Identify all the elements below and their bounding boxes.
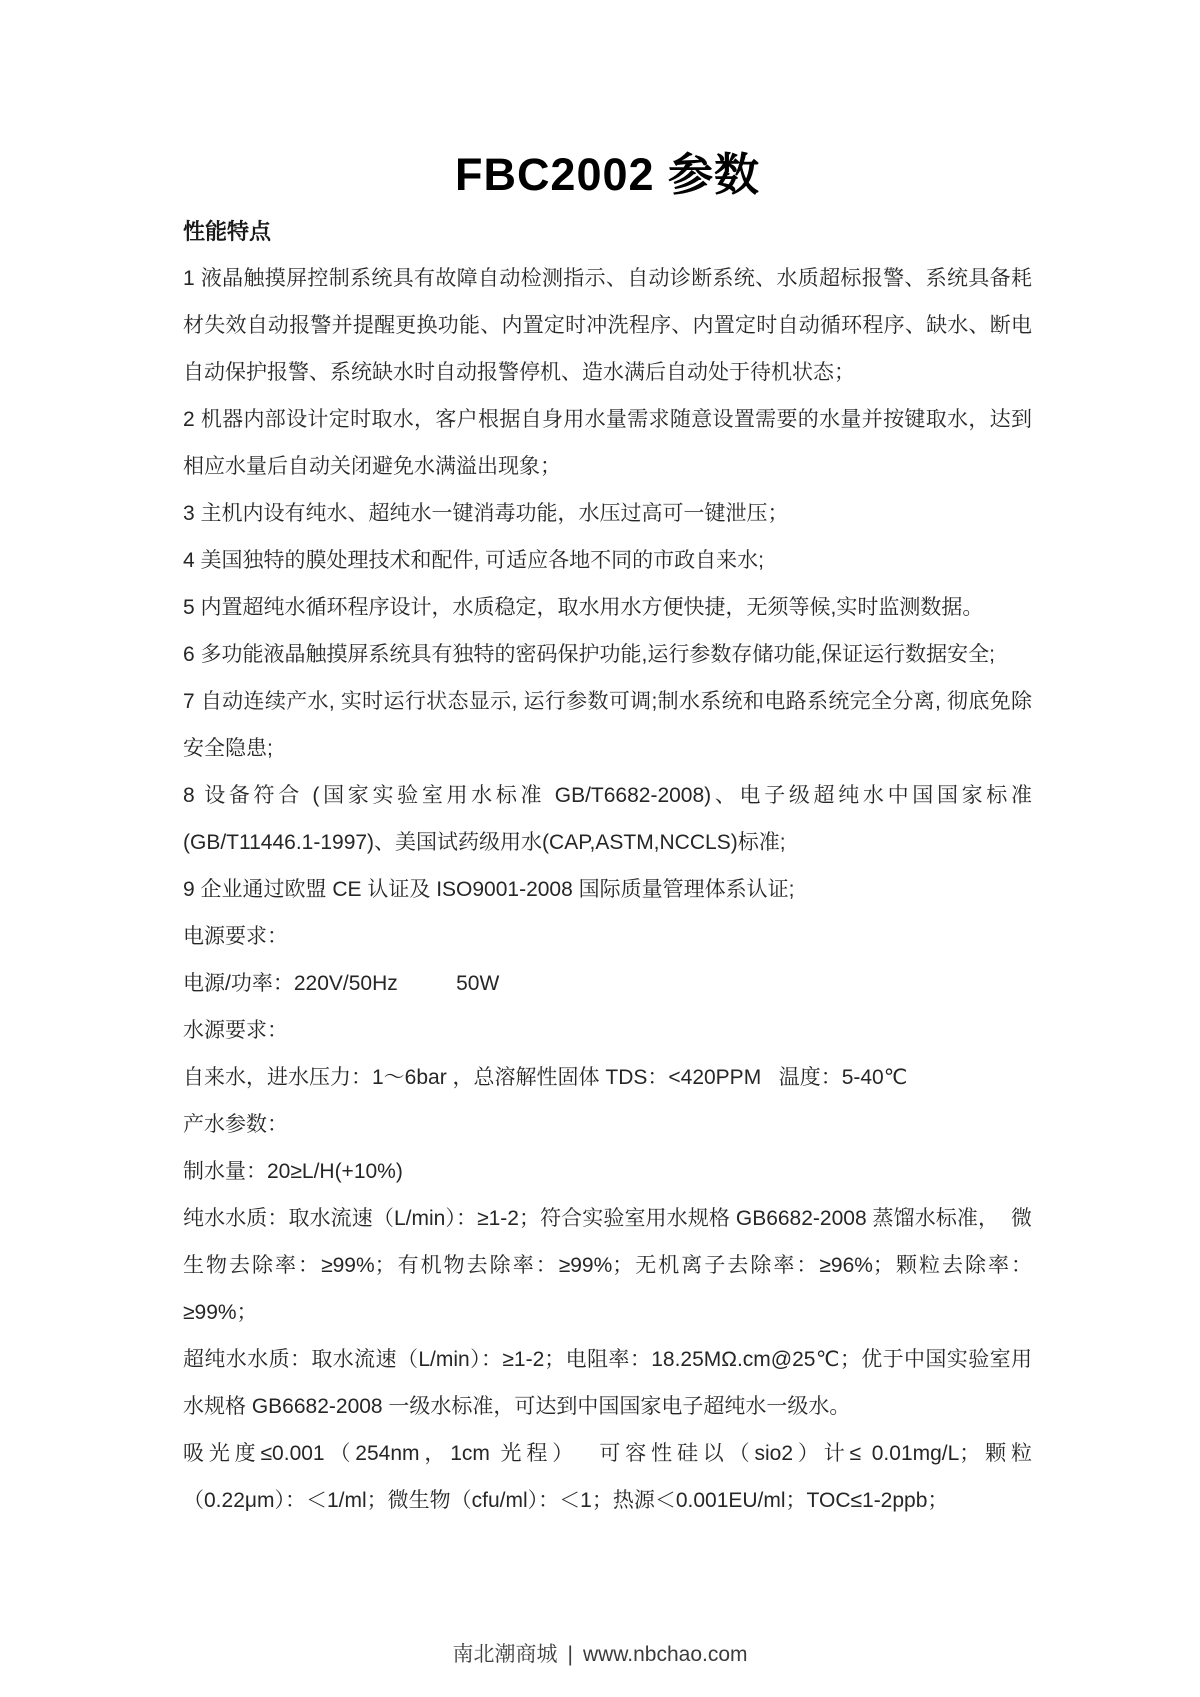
feature-paragraph-5: 5 内置超纯水循环程序设计，水质稳定，取水用水方便快捷，无须等候,实时监测数据。 [183, 584, 1032, 631]
document-body: 性能特点 1 液晶触摸屏控制系统具有故障自动检测指示、自动诊断系统、水质超标报警… [183, 208, 1032, 1524]
spec-line-power-value: 电源/功率：220V/50Hz 50W [183, 960, 1032, 1007]
feature-paragraph-2: 2 机器内部设计定时取水，客户根据自身用水量需求随意设置需要的水量并按键取水，达… [183, 396, 1032, 490]
feature-paragraph-7: 7 自动连续产水, 实时运行状态显示, 运行参数可调;制水系统和电路系统完全分离… [183, 678, 1032, 772]
spec-line-water-source-value: 自来水，进水压力：1～6bar ，总溶解性固体 TDS：<420PPM 温度：5… [183, 1054, 1032, 1101]
spec-line-power-heading: 电源要求： [183, 913, 1032, 960]
spec-line-pure-water-quality: 纯水水质：取水流速（L/min）：≥1-2；符合实验室用水规格 GB6682-2… [183, 1195, 1032, 1336]
spec-line-water-source-heading: 水源要求： [183, 1007, 1032, 1054]
feature-paragraph-6: 6 多功能液晶触摸屏系统具有独特的密码保护功能,运行参数存储功能,保证运行数据安… [183, 631, 1032, 678]
spec-line-absorbance: 吸光度≤0.001（254nm，1cm 光程） 可容性硅以（sio2）计≤ 0.… [183, 1430, 1032, 1524]
spec-line-output-heading: 产水参数： [183, 1101, 1032, 1148]
feature-paragraph-3: 3 主机内设有纯水、超纯水一键消毒功能，水压过高可一键泄压； [183, 490, 1032, 537]
feature-paragraph-1: 1 液晶触摸屏控制系统具有故障自动检测指示、自动诊断系统、水质超标报警、系统具备… [183, 255, 1032, 396]
feature-paragraph-4: 4 美国独特的膜处理技术和配件, 可适应各地不同的市政自来水; [183, 537, 1032, 584]
footer-site-url: www.nbchao.com [583, 1643, 748, 1666]
feature-paragraph-9: 9 企业通过欧盟 CE 认证及 ISO9001-2008 国际质量管理体系认证; [183, 866, 1032, 913]
document-page: FBC2002 参数 性能特点 1 液晶触摸屏控制系统具有故障自动检测指示、自动… [0, 0, 1200, 1697]
footer-site-name: 南北潮商城 [452, 1643, 557, 1666]
footer-divider: | [567, 1643, 572, 1666]
feature-paragraph-8: 8 设备符合 (国家实验室用水标准 GB/T6682-2008)、电子级超纯水中… [183, 772, 1032, 866]
spec-line-ultrapure-water-quality: 超纯水水质：取水流速（L/min）：≥1-2；电阻率：18.25MΩ.cm@25… [183, 1336, 1032, 1430]
section-heading: 性能特点 [183, 208, 1032, 255]
page-title: FBC2002 参数 [0, 0, 1200, 202]
page-footer: 南北潮商城|www.nbchao.com [0, 1640, 1200, 1670]
spec-line-output-rate: 制水量：20≥L/H(+10%) [183, 1148, 1032, 1195]
